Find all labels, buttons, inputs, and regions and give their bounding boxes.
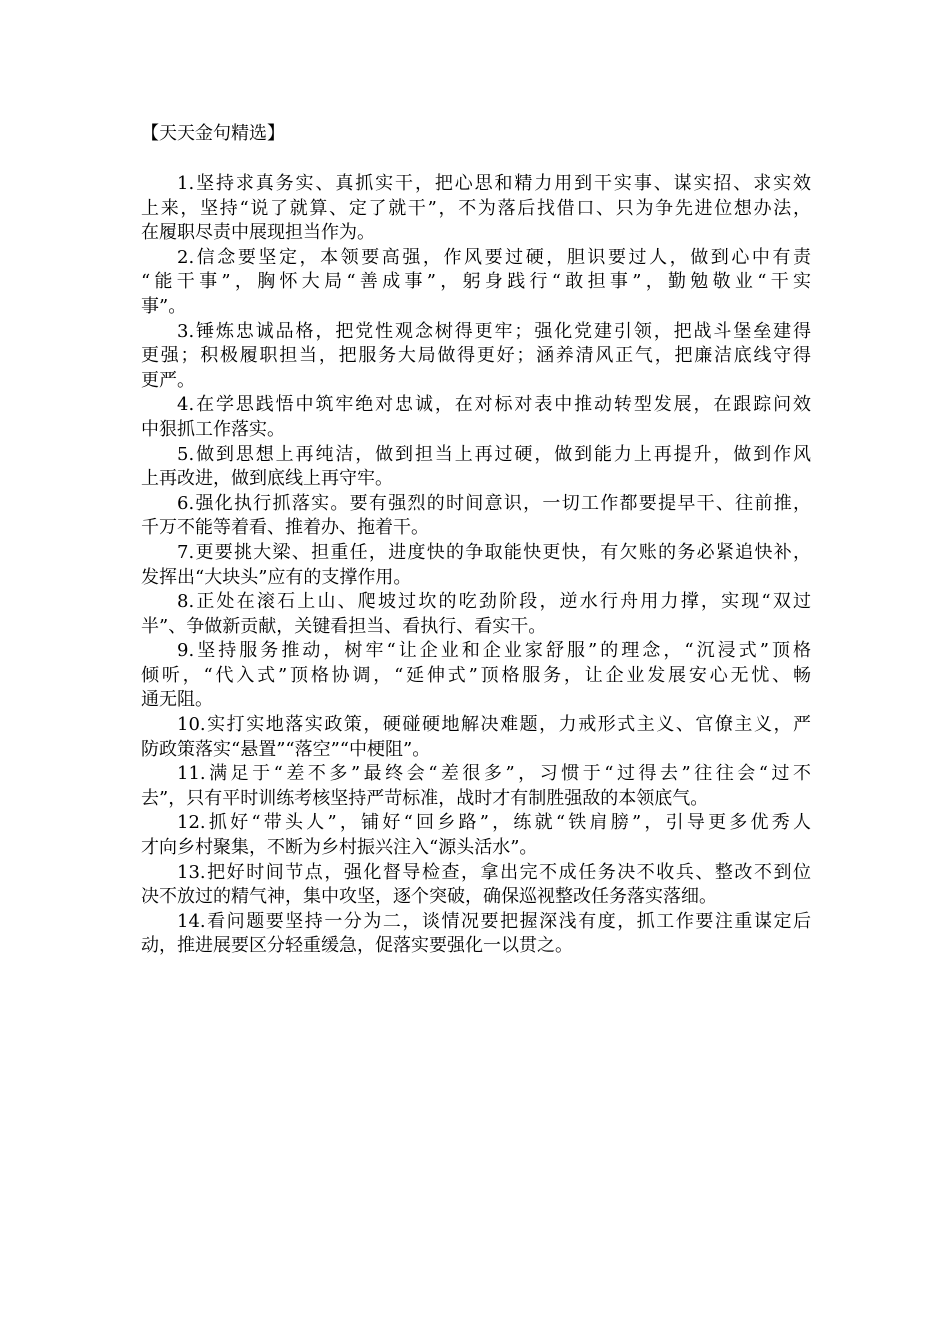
paragraph-line: 1.坚持求真务实、真抓实干，把心思和精力用到干实事、谋实招、求实效: [141, 172, 811, 197]
paragraph-line: 千万不能等着看、推着办、拖着干。: [141, 516, 811, 541]
paragraph-line: 12.抓好“带头人”，铺好“回乡路”，练就“铁肩膀”，引导更多优秀人: [141, 811, 811, 836]
paragraph-14: 14.看问题要坚持一分为二，谈情况要把握深浅有度，抓工作要注重谋定后动，推进展要…: [141, 910, 811, 959]
paragraph-line: 11.满足于“差不多”最终会“差很多”，习惯于“过得去”往往会“过不: [141, 762, 811, 787]
paragraph-line: 决不放过的精气神，集中攻坚，逐个突破，确保巡视整改任务落实落细。: [141, 885, 811, 910]
paragraph-6: 6.强化执行抓落实。要有强烈的时间意识，一切工作都要提早干、往前推，千万不能等着…: [141, 492, 811, 541]
paragraph-line: 4.在学思践悟中筑牢绝对忠诚，在对标对表中推动转型发展，在跟踪问效: [141, 393, 811, 418]
paragraph-line: 2.信念要坚定，本领要高强，作风要过硬，胆识要过人，做到心中有责: [141, 246, 811, 271]
paragraph-line: 通无阻。: [141, 688, 811, 713]
paragraph-3: 3.锤炼忠诚品格，把党性观念树得更牢；强化党建引领，把战斗堡垒建得更强；积极履职…: [141, 320, 811, 394]
paragraph-line: 14.看问题要坚持一分为二，谈情况要把握深浅有度，抓工作要注重谋定后: [141, 910, 811, 935]
paragraph-line: 事”。: [141, 295, 811, 320]
paragraph-4: 4.在学思践悟中筑牢绝对忠诚，在对标对表中推动转型发展，在跟踪问效中狠抓工作落实…: [141, 393, 811, 442]
paragraph-line: 6.强化执行抓落实。要有强烈的时间意识，一切工作都要提早干、往前推，: [141, 492, 811, 517]
paragraph-1: 1.坚持求真务实、真抓实干，把心思和精力用到干实事、谋实招、求实效上来，坚持“说…: [141, 172, 811, 246]
paragraph-line: 3.锤炼忠诚品格，把党性观念树得更牢；强化党建引领，把战斗堡垒建得: [141, 320, 811, 345]
paragraph-7: 7.更要挑大梁、担重任，进度快的争取能快更快，有欠账的务必紧追快补，发挥出“大块…: [141, 541, 811, 590]
paragraph-2: 2.信念要坚定，本领要高强，作风要过硬，胆识要过人，做到心中有责“能干事”，胸怀…: [141, 246, 811, 320]
paragraph-line: 才向乡村聚集，不断为乡村振兴注入“源头活水”。: [141, 836, 811, 861]
document-title: 【天天金句精选】: [141, 122, 811, 146]
paragraph-list: 1.坚持求真务实、真抓实干，把心思和精力用到干实事、谋实招、求实效上来，坚持“说…: [141, 172, 811, 959]
paragraph-12: 12.抓好“带头人”，铺好“回乡路”，练就“铁肩膀”，引导更多优秀人才向乡村聚集…: [141, 811, 811, 860]
paragraph-line: 更强；积极履职担当，把服务大局做得更好；涵养清风正气，把廉洁底线守得: [141, 344, 811, 369]
paragraph-line: 13.把好时间节点，强化督导检查，拿出完不成任务决不收兵、整改不到位: [141, 861, 811, 886]
paragraph-line: 上来，坚持“说了就算、定了就干”，不为落后找借口、只为争先进位想办法，: [141, 197, 811, 222]
paragraph-10: 10.实打实地落实政策，硬碰硬地解决难题，力戒形式主义、官僚主义，严防政策落实“…: [141, 713, 811, 762]
paragraph-line: 去”，只有平时训练考核坚持严苛标准，战时才有制胜强敌的本领底气。: [141, 787, 811, 812]
paragraph-line: 半”、争做新贡献，关键看担当、看执行、看实干。: [141, 615, 811, 640]
paragraph-line: 8.正处在滚石上山、爬坡过坎的吃劲阶段，逆水行舟用力撑，实现“双过: [141, 590, 811, 615]
paragraph-line: 发挥出“大块头”应有的支撑作用。: [141, 566, 811, 591]
paragraph-9: 9.坚持服务推动，树牢“让企业和企业家舒服”的理念，“沉浸式”顶格倾听，“代入式…: [141, 639, 811, 713]
paragraph-line: “能干事”，胸怀大局“善成事”，躬身践行“敢担事”，勤勉敬业“干实: [141, 270, 811, 295]
paragraph-line: 倾听，“代入式”顶格协调，“延伸式”顶格服务，让企业发展安心无忧、畅: [141, 664, 811, 689]
paragraph-11: 11.满足于“差不多”最终会“差很多”，习惯于“过得去”往往会“过不去”，只有平…: [141, 762, 811, 811]
paragraph-line: 上再改进，做到底线上再守牢。: [141, 467, 811, 492]
paragraph-line: 防政策落实“悬置”“落空”“中梗阻”。: [141, 738, 811, 763]
paragraph-13: 13.把好时间节点，强化督导检查，拿出完不成任务决不收兵、整改不到位决不放过的精…: [141, 861, 811, 910]
paragraph-line: 7.更要挑大梁、担重任，进度快的争取能快更快，有欠账的务必紧追快补，: [141, 541, 811, 566]
paragraph-line: 10.实打实地落实政策，硬碰硬地解决难题，力戒形式主义、官僚主义，严: [141, 713, 811, 738]
paragraph-line: 动，推进展要区分轻重缓急，促落实要强化一以贯之。: [141, 934, 811, 959]
paragraph-5: 5.做到思想上再纯洁，做到担当上再过硬，做到能力上再提升，做到作风上再改进，做到…: [141, 443, 811, 492]
paragraph-line: 9.坚持服务推动，树牢“让企业和企业家舒服”的理念，“沉浸式”顶格: [141, 639, 811, 664]
paragraph-line: 中狠抓工作落实。: [141, 418, 811, 443]
document-page: 【天天金句精选】 1.坚持求真务实、真抓实干，把心思和精力用到干实事、谋实招、求…: [141, 122, 811, 959]
paragraph-line: 更严。: [141, 369, 811, 394]
paragraph-line: 在履职尽责中展现担当作为。: [141, 221, 811, 246]
paragraph-8: 8.正处在滚石上山、爬坡过坎的吃劲阶段，逆水行舟用力撑，实现“双过半”、争做新贡…: [141, 590, 811, 639]
paragraph-line: 5.做到思想上再纯洁，做到担当上再过硬，做到能力上再提升，做到作风: [141, 443, 811, 468]
